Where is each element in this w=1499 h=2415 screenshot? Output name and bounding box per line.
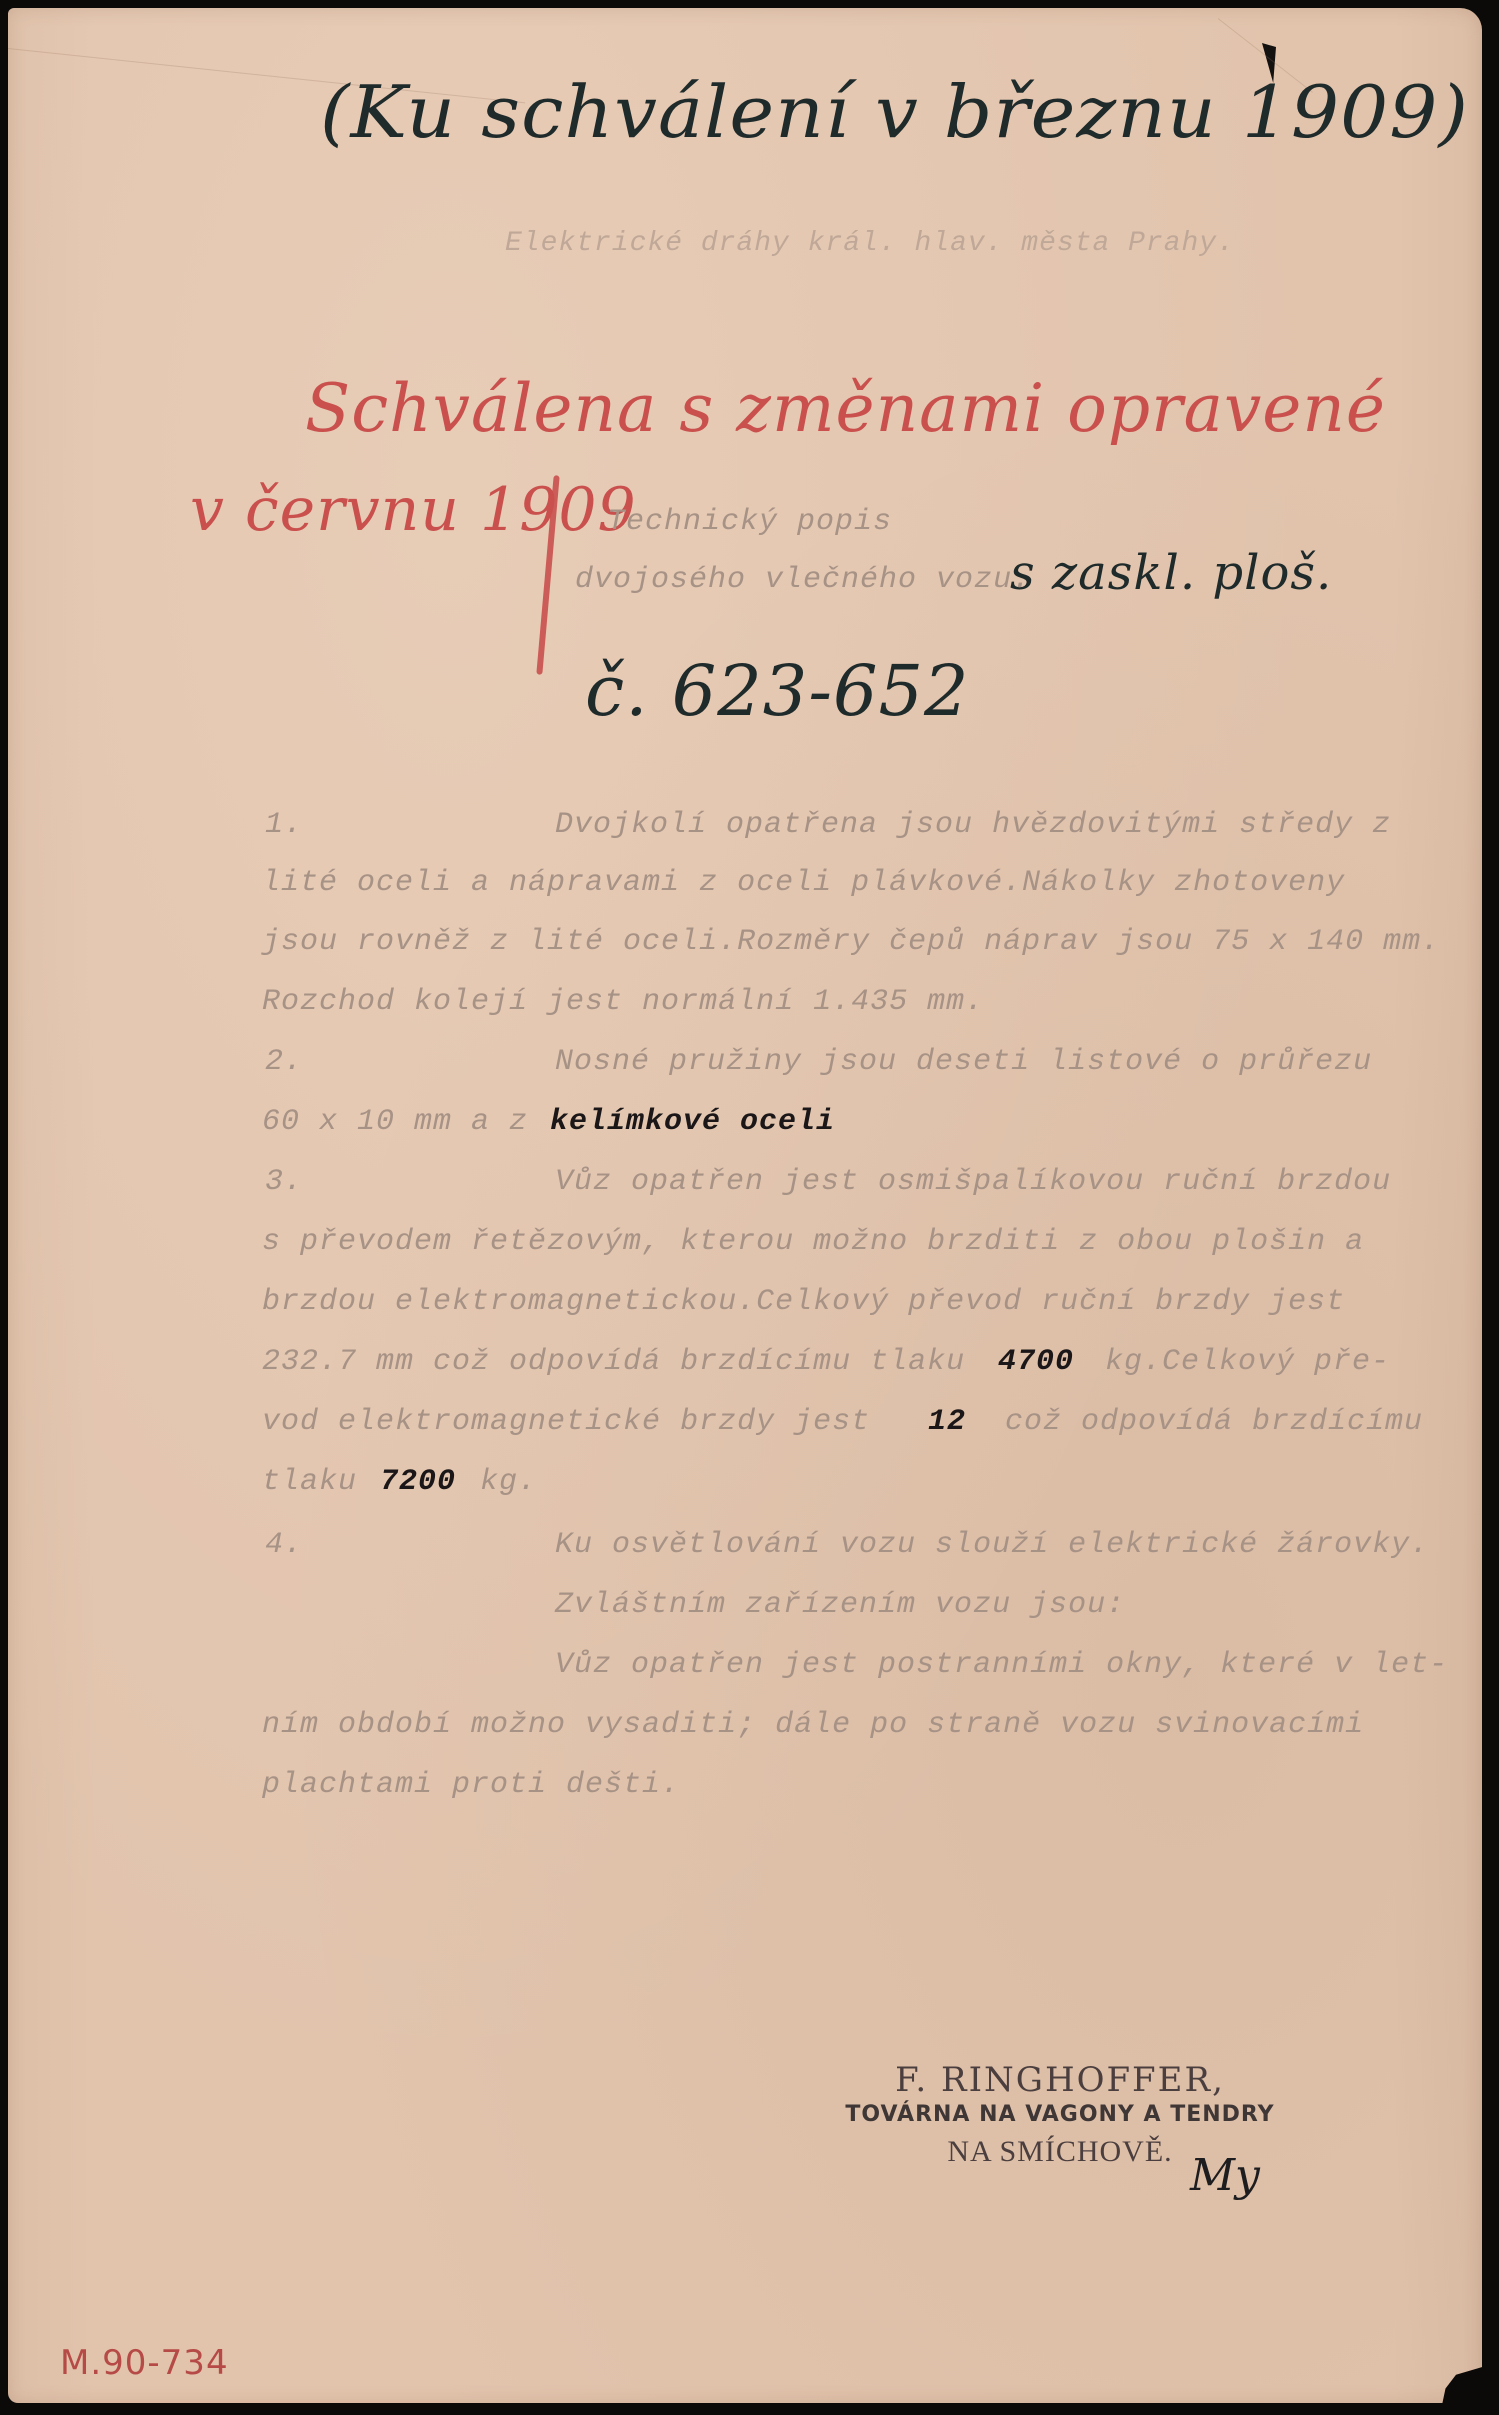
- section-line-fragment: kg.: [480, 1465, 537, 1499]
- section-line: lité oceli a nápravami z oceli plávkové.…: [262, 866, 1345, 900]
- section-line: ním období možno vysaditi; dále po stran…: [262, 1708, 1364, 1742]
- section-line: brzdou elektromagnetickou.Celkový převod…: [262, 1285, 1345, 1319]
- section-line: 232.7 mm což odpovídá brzdícímu tlaku: [262, 1345, 965, 1379]
- section-line: plachtami proti dešti.: [262, 1768, 680, 1802]
- section-line: 60 x 10 mm a z: [262, 1105, 528, 1139]
- section-line: tlaku: [262, 1465, 357, 1499]
- inserted-value-electromagnetic-ratio: 12: [928, 1405, 966, 1439]
- letterhead: Elektrické dráhy král. hlav. města Prahy…: [505, 228, 1235, 259]
- archive-signature: M.90-734: [60, 2343, 229, 2383]
- document-title-line1: Technický popis: [607, 505, 892, 539]
- inserted-text-steel: kelímkové oceli: [550, 1105, 835, 1139]
- section-line: Vůz opatřen jest postranními okny, které…: [555, 1648, 1448, 1682]
- handwritten-top-note: (Ku schválení v březnu 1909): [320, 70, 1469, 154]
- section-number: 1.: [265, 808, 303, 842]
- handwritten-approval-line1: Schválena s změnami opravené: [305, 370, 1386, 447]
- section-number: 3.: [265, 1165, 303, 1199]
- stamp-company-type: TOVÁRNA NA VAGONY A TENDRY: [820, 2102, 1300, 2127]
- document-page: [8, 8, 1482, 2403]
- handwritten-car-numbers: č. 623-652: [585, 650, 970, 732]
- section-number: 4.: [265, 1528, 303, 1562]
- handwritten-approval-line2: v červnu 1909: [190, 475, 637, 545]
- section-line: vod elektromagnetické brzdy jest: [262, 1405, 870, 1439]
- inserted-value-electromagnetic-pressure: 7200: [380, 1465, 456, 1499]
- section-line: Vůz opatřen jest osmišpalíkovou ruční br…: [555, 1165, 1391, 1199]
- section-line-fragment: kg.Celkový pře-: [1105, 1345, 1390, 1379]
- section-line: s převodem řetězovým, kterou možno brzdi…: [262, 1225, 1364, 1259]
- section-line: jsou rovněž z lité oceli.Rozměry čepů ná…: [262, 925, 1440, 959]
- inserted-value-hand-brake-pressure: 4700: [998, 1345, 1074, 1379]
- section-line: Ku osvětlování vozu slouží elektrické žá…: [555, 1528, 1429, 1562]
- section-line-fragment: což odpovídá brzdícímu: [1005, 1405, 1423, 1439]
- document-title-line2: dvojosého vlečného vozu.: [575, 563, 1031, 597]
- handwritten-initials: My: [1190, 2150, 1260, 2201]
- section-line: Nosné pružiny jsou deseti listové o průř…: [555, 1045, 1372, 1079]
- section-line: Dvojkolí opatřena jsou hvězdovitými stře…: [555, 808, 1391, 842]
- stamp-company-name: F. RINGHOFFER,: [820, 2060, 1300, 2100]
- section-line: Rozchod kolejí jest normální 1.435 mm.: [262, 985, 984, 1019]
- handwritten-title-suffix: s zaskl. ploš.: [1010, 545, 1332, 601]
- section-number: 2.: [265, 1045, 303, 1079]
- section-line: Zvláštním zařízením vozu jsou:: [555, 1588, 1125, 1622]
